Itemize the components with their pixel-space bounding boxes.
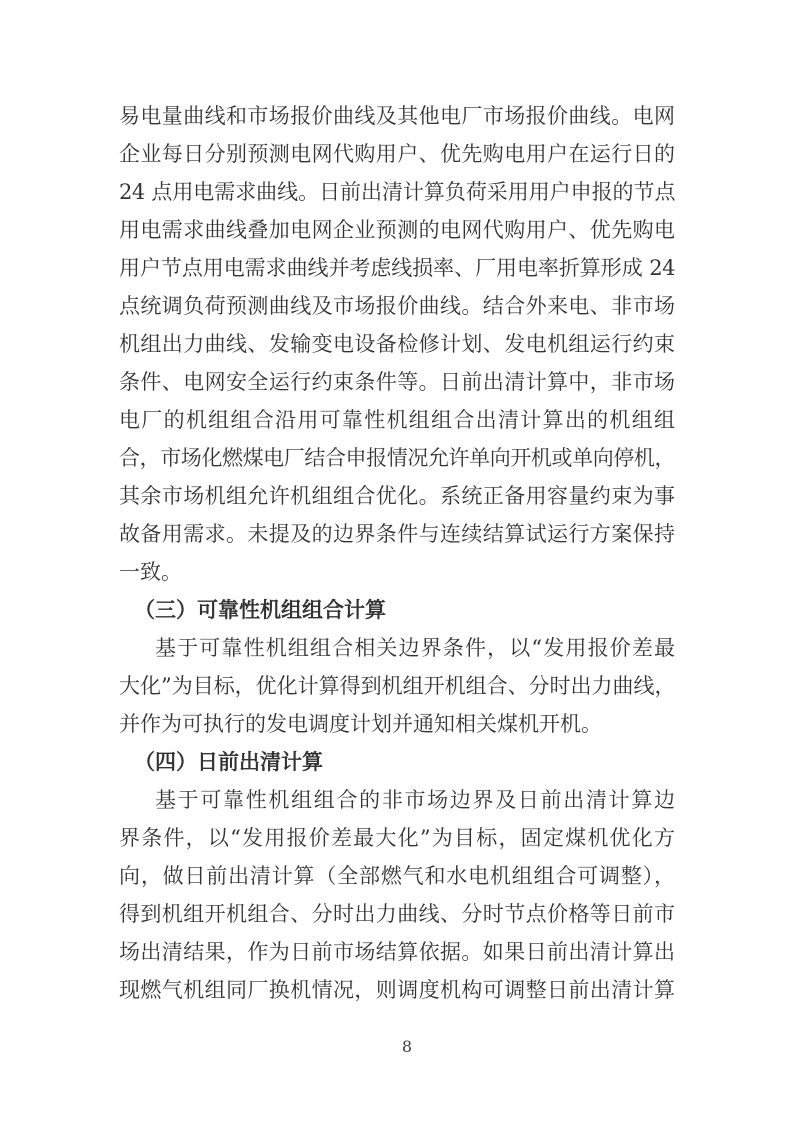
text-line: 向，做日前出清计算（全部燃气和水电机组组合可调整）， bbox=[119, 857, 675, 895]
text-line: 用电需求曲线叠加电网企业预测的电网代购用户、优先购电 bbox=[119, 211, 675, 249]
text-line: 一致。 bbox=[119, 553, 675, 591]
text-line: 并作为可执行的发电调度计划并通知相关煤机开机。 bbox=[119, 705, 675, 743]
text-line: 用户节点用电需求曲线并考虑线损率、厂用电率折算形成 24 bbox=[119, 249, 675, 287]
text-line: 易电量曲线和市场报价曲线及其他电厂市场报价曲线。电网 bbox=[119, 97, 675, 135]
text-line: 得到机组开机组合、分时出力曲线、分时节点价格等日前市 bbox=[119, 895, 675, 933]
text-line: 故备用需求。未提及的边界条件与连续结算试运行方案保持 bbox=[119, 515, 675, 553]
text-line: 机组出力曲线、发输变电设备检修计划、发电机组运行约束 bbox=[119, 325, 675, 363]
text-line: 企业每日分别预测电网代购用户、优先购电用户在运行日的 bbox=[119, 135, 675, 173]
page-footer: 8 bbox=[0, 1037, 794, 1056]
text-line: 大化”为目标，优化计算得到机组开机组合、分时出力曲线， bbox=[119, 667, 675, 705]
text-line: 电厂的机组组合沿用可靠性机组组合出清计算出的机组组 bbox=[119, 401, 675, 439]
text-line: 合，市场化燃煤电厂结合申报情况允许单向开机或单向停机， bbox=[119, 439, 675, 477]
text-line: 场出清结果，作为日前市场结算依据。如果日前出清计算出 bbox=[119, 933, 675, 971]
text-line: 24 点用电需求曲线。日前出清计算负荷采用用户申报的节点 bbox=[119, 173, 675, 211]
text-line: 条件、电网安全运行约束条件等。日前出清计算中，非市场 bbox=[119, 363, 675, 401]
section-heading: （三）可靠性机组组合计算 bbox=[119, 591, 675, 629]
page-number: 8 bbox=[382, 1037, 412, 1056]
text-line: 现燃气机组同厂换机情况，则调度机构可调整日前出清计算 bbox=[119, 971, 675, 1009]
text-line: 基于可靠性机组组合的非市场边界及日前出清计算边 bbox=[119, 781, 675, 819]
text-line: 其余市场机组允许机组组合优化。系统正备用容量约束为事 bbox=[119, 477, 675, 515]
text-line: 点统调负荷预测曲线及市场报价曲线。结合外来电、非市场 bbox=[119, 287, 675, 325]
text-line: 基于可靠性机组组合相关边界条件，以“发用报价差最 bbox=[119, 629, 675, 667]
text-line: 界条件，以“发用报价差最大化”为目标，固定煤机优化方 bbox=[119, 819, 675, 857]
section-heading: （四）日前出清计算 bbox=[119, 743, 675, 781]
document-page: 易电量曲线和市场报价曲线及其他电厂市场报价曲线。电网企业每日分别预测电网代购用户… bbox=[0, 0, 794, 1123]
page-body-text: 易电量曲线和市场报价曲线及其他电厂市场报价曲线。电网企业每日分别预测电网代购用户… bbox=[119, 97, 675, 1009]
